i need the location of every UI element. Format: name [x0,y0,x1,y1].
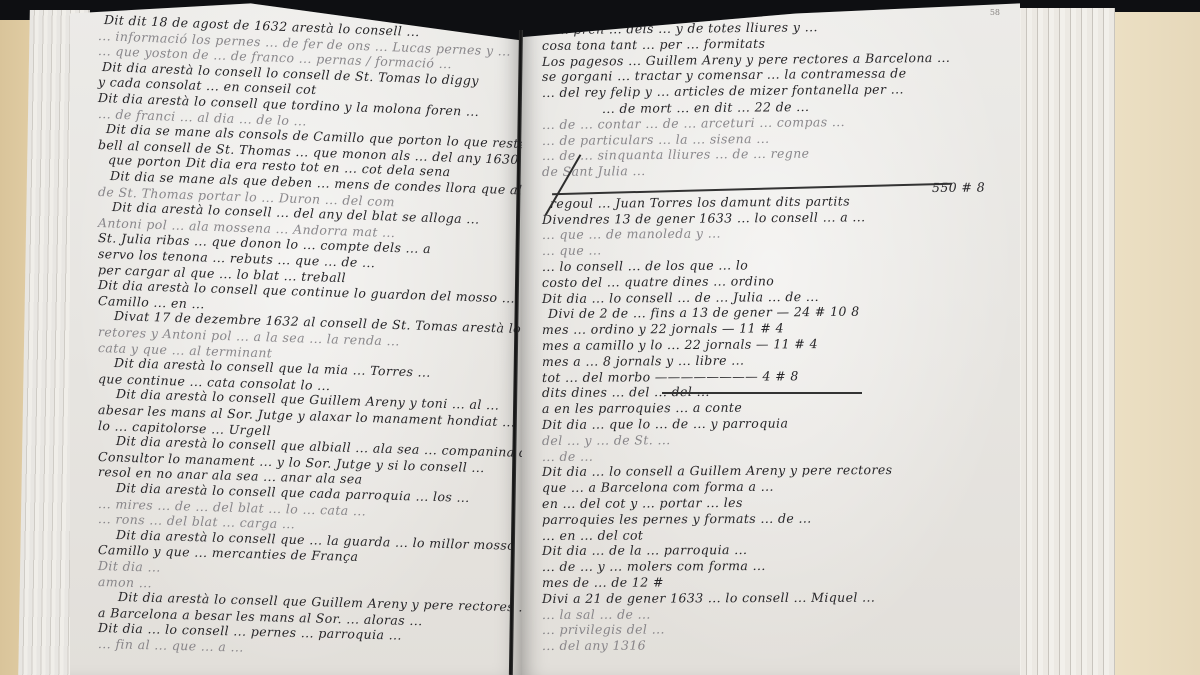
left-page: Dit dit 18 de agost de 1632 arestà lo co… [70,0,522,675]
manuscript-line: ... en ... del cot [542,527,643,542]
manuscript-line: costo del ... quatre dines ... ordino [542,273,774,290]
manuscript-line: Dit dia ... que lo ... de ... y parroqui… [542,415,788,432]
manuscript-line: ... de ... [542,448,593,463]
manuscript-line: ... del rey felip y ... articles de mize… [542,82,904,101]
manuscript-line: parroquies les pernes y formats ... de .… [542,510,812,526]
manuscript-line: mes de ... de 12 # [542,574,664,590]
manuscript-line: Dit dia ... de la ... parroquia ... [542,542,747,558]
manuscript-line: mes a camillo y lo ... 22 jornals — 11 #… [542,336,818,353]
manuscript-line: Divi a 21 de gener 1633 ... lo consell .… [542,589,875,605]
manuscript-line: 550 # 8 [932,180,985,195]
manuscript-line: Divi de 2 de ... fins a 13 de gener — 24… [548,304,860,321]
manuscript-line: en ... del cot y ... portar ... les [542,495,743,511]
manuscript-line: ... privilegis del ... [542,622,665,637]
manuscript-line: ... de ... sinquanta lliures ... de ... … [542,146,810,163]
page-stack-right [1010,8,1115,675]
manuscript-line: del ... y ... de St. ... [542,432,671,448]
manuscript-line: ... de ... contar ... de ... arceturi ..… [542,114,845,132]
manuscript-line: regoul ... Juan Torres los damunt dits p… [550,193,850,211]
manuscript-line: ... lo consell ... de los que ... lo [542,257,748,274]
manuscript-line: ... la sal ... de ... [542,606,651,621]
manuscript-line: de Sant Julia ... [542,163,646,179]
manuscript-line: ... de mort ... en dit ... 22 de ... [602,99,810,116]
manuscript-line: Dit dia ... lo consell ... de ... Julia … [542,289,819,306]
manuscript-line: Dit dia ... [98,558,161,575]
manuscript-line: ... de particulars ... la ... sisena ... [542,130,770,147]
manuscript-line: que ... a Barcelona com forma a ... [542,479,774,495]
manuscript-line: ... pren ... dels ... y de totes lliures… [556,19,818,37]
manuscript-line: mes ... ordino y 22 jornals — 11 # 4 [542,320,784,337]
manuscript-line: ... que ... [542,243,602,258]
manuscript-photo: Dit dit 18 de agost de 1632 arestà lo co… [0,0,1200,675]
manuscript-line: amon ... [98,574,152,590]
left-page-text: Dit dit 18 de agost de 1632 arestà lo co… [70,0,522,675]
right-page-text: ... pren ... dels ... y de totes lliures… [522,0,1020,675]
manuscript-line: ... que ... de manoleda y ... [542,226,721,242]
manuscript-line: Dit dia ... lo consell a Guillem Areny y… [542,462,893,479]
right-page: 58 ... pren ... dels ... y de totes lliu… [522,0,1020,675]
manuscript-line: mes a ... 8 jornals y ... libre ... [542,352,744,368]
manuscript-line: ... del any 1316 [542,638,646,653]
manuscript-line: ... fin al ... que ... a ... [98,636,244,655]
manuscript-line: Divendres 13 de gener 1633 ... lo consel… [542,209,866,227]
sum-rule-2 [662,392,862,394]
manuscript-line: cosa tona tant ... per ... formitats [542,35,765,52]
manuscript-line: tot ... del morbo ———————— 4 # 8 [542,368,799,385]
manuscript-line: a en les parroquies ... a conte [542,400,742,416]
manuscript-line: ... de ... y ... molers com forma ... [542,558,766,574]
